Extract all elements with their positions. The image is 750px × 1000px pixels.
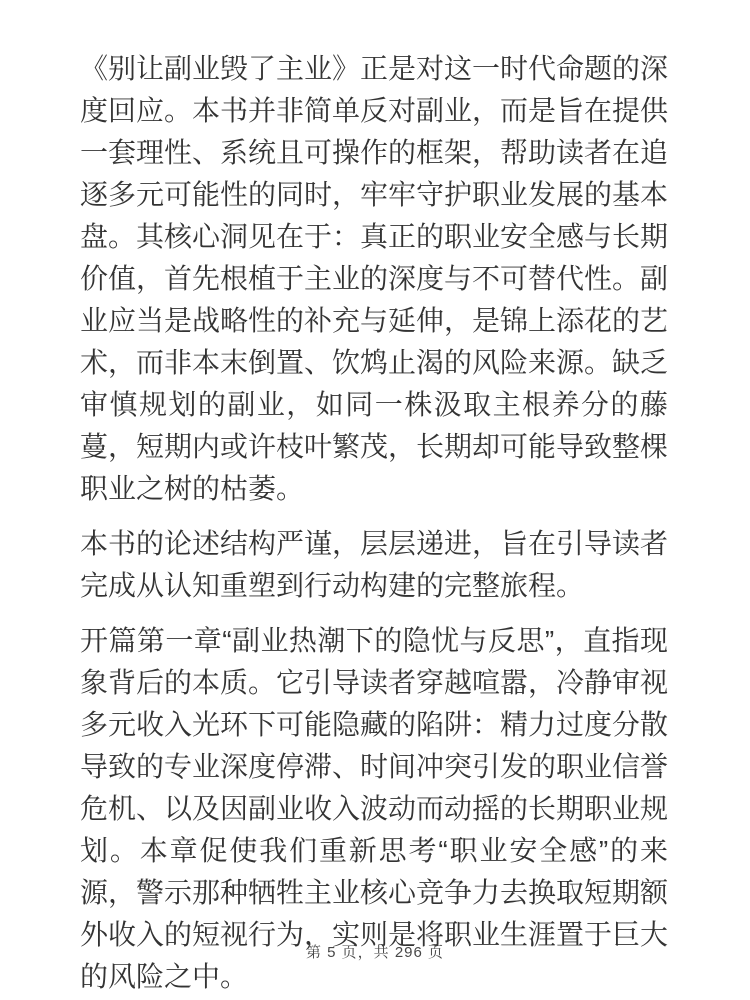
page-text-content: 《别让副业毁了主业》正是对这一时代命题的深度回应。本书并非简单反对副业，而是旨在… <box>0 0 750 998</box>
paragraph-book-overview: 《别让副业毁了主业》正是对这一时代命题的深度回应。本书并非简单反对副业，而是旨在… <box>80 48 668 510</box>
page-number-indicator: 第 5 页，共 296 页 <box>0 941 750 962</box>
paragraph-structure-summary: 本书的论述结构严谨，层层递进，旨在引导读者完成从认知重塑到行动构建的完整旅程。 <box>80 523 668 607</box>
document-page: 《别让副业毁了主业》正是对这一时代命题的深度回应。本书并非简单反对副业，而是旨在… <box>0 0 750 1000</box>
